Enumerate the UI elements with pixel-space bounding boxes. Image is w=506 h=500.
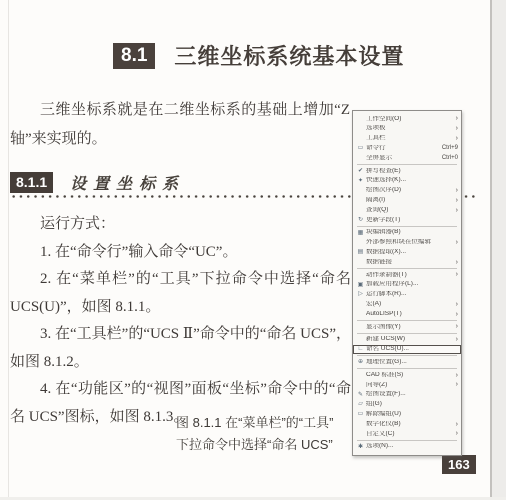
submenu-arrow-icon: › xyxy=(456,372,458,379)
menu-item-label: 全屏显示 xyxy=(366,155,442,162)
section-header: 8.1.1 设置坐标系 xyxy=(10,171,185,194)
menu-item-label: 选项板 xyxy=(366,125,456,132)
menu-separator xyxy=(357,368,457,369)
block-editor-icon: ▦ xyxy=(355,230,366,236)
named-ucs-icon: ∟ xyxy=(355,346,366,352)
update-field-icon: ↻ xyxy=(355,217,366,223)
menu-item-label: 自定义(C) xyxy=(366,431,456,438)
geographic-location-icon: ⊕ xyxy=(355,359,366,365)
submenu-arrow-icon: › xyxy=(456,207,458,214)
menu-item-label: 工作空间(O) xyxy=(366,116,456,123)
menu-item-group[interactable]: ▱组(G) xyxy=(353,400,461,410)
menu-item-label: 外部参照和块在位编辑 xyxy=(366,239,456,246)
submenu-arrow-icon: › xyxy=(456,259,458,266)
menu-item-label: 绘图设置(F)... xyxy=(366,391,458,398)
menu-item-label: 解除编组(U) xyxy=(366,411,458,418)
step-3: 3. 在“工具栏”的“UCS Ⅱ”命令中的“命名 UCS”，如图 8.1.2。 xyxy=(10,321,351,376)
menu-item-named-ucs[interactable]: ∟命名 UCS(U)... xyxy=(353,345,461,355)
menu-item-ungroup[interactable]: ▭解除编组(U) xyxy=(353,409,461,419)
menu-item-label: 宏(A) xyxy=(366,301,456,308)
menu-item-label: 数据提取(X)... xyxy=(366,249,458,256)
submenu-arrow-icon: › xyxy=(456,336,458,343)
submenu-arrow-icon: › xyxy=(456,301,458,308)
figure-caption-line1: 图 8.1.1 在“菜单栏”的“工具” xyxy=(176,412,333,434)
menu-item-run-script[interactable]: ▷运行脚本(R)... xyxy=(353,290,461,300)
menu-item-label: 工具栏 xyxy=(366,135,456,142)
group-icon: ▱ xyxy=(355,401,366,407)
menu-item-wizards[interactable]: 向导(Z)› xyxy=(353,380,461,390)
step-1: 1. 在“命令行”输入命令“UC”。 xyxy=(10,239,351,267)
menu-item-workspace[interactable]: 工作空间(O)› xyxy=(353,114,461,124)
menu-item-shortcut: Ctrl+0 xyxy=(442,155,458,161)
options-icon: ✱ xyxy=(355,444,366,450)
spell-check-icon: ✔ xyxy=(355,168,366,174)
menu-item-geographic-location[interactable]: ⊕地理位置(G)... xyxy=(353,357,461,367)
chapter-header: 8.1 三维坐标系统基本设置 xyxy=(113,40,404,71)
menu-item-label: 加载应用程序(L)... xyxy=(366,281,458,288)
menu-item-action-recorder[interactable]: 动作录制器(T)› xyxy=(353,270,461,280)
menu-item-quick-select[interactable]: ✦快速选择(K)... xyxy=(353,176,461,186)
menu-item-label: 地理位置(G)... xyxy=(366,359,458,366)
body-text: 运行方式： 1. 在“命令行”输入命令“UC”。 2. 在“菜单栏”的“工具”下… xyxy=(10,211,351,431)
submenu-arrow-icon: › xyxy=(456,311,458,318)
load-application-icon: ▣ xyxy=(355,282,366,288)
menu-item-drafting-settings[interactable]: ✎绘图设置(F)... xyxy=(353,390,461,400)
submenu-arrow-icon: › xyxy=(456,421,458,428)
menu-item-label: 更新字段(T) xyxy=(366,217,458,224)
menu-item-command-line[interactable]: ▭命令行Ctrl+9 xyxy=(353,143,461,153)
menu-item-label: 运行脚本(R)... xyxy=(366,291,458,298)
ungroup-icon: ▭ xyxy=(355,411,366,417)
menu-item-label: 查询(Q) xyxy=(366,207,456,214)
menu-item-block-editor[interactable]: ▦块编辑器(B) xyxy=(353,228,461,238)
menu-item-shortcut: Ctrl+9 xyxy=(442,145,458,151)
quick-select-icon: ✦ xyxy=(355,178,366,184)
menu-item-isolate[interactable]: 隔离(I)› xyxy=(353,195,461,205)
step-2: 2. 在“菜单栏”的“工具”下拉命令中选择“命名 UCS(U)”，如图 8.1.… xyxy=(10,266,351,321)
menu-item-label: 数据链接 xyxy=(366,259,456,266)
menu-item-label: 隔离(I) xyxy=(366,197,456,204)
menu-item-new-ucs[interactable]: 新建 UCS(W)› xyxy=(353,335,461,345)
menu-item-cad-standards[interactable]: CAD 标准(S)› xyxy=(353,370,461,380)
run-mode-label: 运行方式： xyxy=(10,211,351,239)
submenu-arrow-icon: › xyxy=(456,430,458,437)
menu-item-label: AutoLISP(T) xyxy=(366,311,456,318)
tools-dropdown-menu: 工作空间(O)›选项板›工具栏›▭命令行Ctrl+9全屏显示Ctrl+0✔拼写检… xyxy=(352,110,462,456)
submenu-arrow-icon: › xyxy=(456,135,458,142)
menu-item-label: 向导(Z) xyxy=(366,382,456,389)
menu-item-label: 块编辑器(B) xyxy=(366,229,458,236)
menu-item-clean-screen[interactable]: 全屏显示Ctrl+0 xyxy=(353,153,461,163)
menu-item-toolbars[interactable]: 工具栏› xyxy=(353,134,461,144)
page-margin-right xyxy=(492,0,506,500)
menu-item-label: 新建 UCS(W) xyxy=(366,336,456,343)
page-edge-left xyxy=(8,0,9,500)
menu-item-inquiry[interactable]: 查询(Q)› xyxy=(353,205,461,215)
menu-item-label: 组(G) xyxy=(366,401,458,408)
menu-item-label: 选项(N)... xyxy=(366,443,458,450)
menu-item-label: CAD 标准(S) xyxy=(366,372,456,379)
menu-item-data-extraction[interactable]: ▤数据提取(X)... xyxy=(353,247,461,257)
section-number-badge: 8.1.1 xyxy=(10,172,53,193)
submenu-arrow-icon: › xyxy=(456,187,458,194)
page-number-badge: 163 xyxy=(442,455,476,474)
menu-item-draw-order[interactable]: 绘图次序(D)› xyxy=(353,186,461,196)
menu-item-label: 数字化仪(B) xyxy=(366,421,456,428)
section-title: 设置坐标系 xyxy=(70,171,185,194)
chapter-number-badge: 8.1 xyxy=(113,43,155,69)
menu-item-label: 快速选择(K)... xyxy=(366,177,458,184)
menu-item-palettes[interactable]: 选项板› xyxy=(353,124,461,134)
menu-item-label: 显示图像(Y) xyxy=(366,324,456,331)
submenu-arrow-icon: › xyxy=(456,197,458,204)
submenu-arrow-icon: › xyxy=(456,115,458,122)
menu-item-xref-block-inplace-edit[interactable]: 外部参照和块在位编辑› xyxy=(353,238,461,248)
menu-separator xyxy=(357,355,457,356)
figure-caption-line2: 下拉命令中选择“命名 UCS” xyxy=(176,434,333,456)
figure-caption: 图 8.1.1 在“菜单栏”的“工具” 下拉命令中选择“命名 UCS” xyxy=(176,412,333,456)
menu-separator xyxy=(357,226,457,227)
menu-item-load-application[interactable]: ▣加载应用程序(L)... xyxy=(353,280,461,290)
command-line-icon: ▭ xyxy=(355,145,366,151)
menu-item-label: 拼写检查(E) xyxy=(366,168,458,175)
intro-paragraph: 三维坐标系就是在二维坐标系的基础上增加“Z 轴”来实现的。 xyxy=(10,96,350,154)
chapter-title: 三维坐标系统基本设置 xyxy=(174,40,404,71)
menu-item-display-image[interactable]: 显示图像(Y)› xyxy=(353,322,461,332)
menu-item-macro[interactable]: 宏(A)› xyxy=(353,299,461,309)
menu-separator xyxy=(357,268,457,269)
menu-item-options[interactable]: ✱选项(N)... xyxy=(353,442,461,452)
menu-item-customize[interactable]: 自定义(C)› xyxy=(353,429,461,439)
menu-separator xyxy=(357,333,457,334)
menu-item-tablet[interactable]: 数字化仪(B)› xyxy=(353,419,461,429)
menu-item-update-fields[interactable]: ↻更新字段(T) xyxy=(353,215,461,225)
menu-item-data-links[interactable]: 数据链接› xyxy=(353,257,461,267)
menu-item-label: 命名 UCS(U)... xyxy=(366,346,458,353)
drafting-settings-icon: ✎ xyxy=(355,392,366,398)
menu-separator xyxy=(357,164,457,165)
menu-item-label: 绘图次序(D) xyxy=(366,187,456,194)
data-extraction-icon: ▤ xyxy=(355,249,366,255)
menu-item-autolisp[interactable]: AutoLISP(T)› xyxy=(353,309,461,319)
menu-item-label: 动作录制器(T) xyxy=(366,272,456,279)
run-script-icon: ▷ xyxy=(355,291,366,297)
menu-item-label: 命令行 xyxy=(366,145,442,152)
submenu-arrow-icon: › xyxy=(456,323,458,330)
submenu-arrow-icon: › xyxy=(456,271,458,278)
submenu-arrow-icon: › xyxy=(456,125,458,132)
menu-item-spell-check[interactable]: ✔拼写检查(E) xyxy=(353,166,461,176)
menu-separator xyxy=(357,320,457,321)
submenu-arrow-icon: › xyxy=(456,239,458,246)
menu-separator xyxy=(357,440,457,441)
submenu-arrow-icon: › xyxy=(456,381,458,388)
